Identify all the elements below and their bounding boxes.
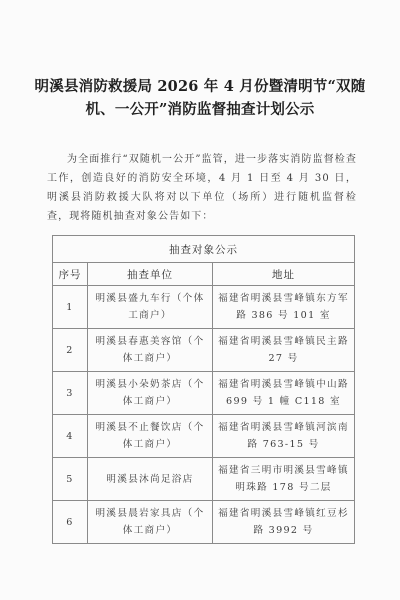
row-unit: 明溪县春惠美容馆（个体工商户） — [88, 329, 213, 372]
header-unit: 抽查单位 — [88, 263, 213, 286]
table-row: 6 明溪县晨岩家具店（个体工商户） 福建省明溪县雪峰镇红豆杉路 3992 号 — [53, 501, 355, 544]
row-unit: 明溪县不止餐饮店（个体工商户） — [88, 415, 213, 458]
row-unit: 明溪县晨岩家具店（个体工商户） — [88, 501, 213, 544]
header-no: 序号 — [53, 263, 88, 286]
row-no: 4 — [53, 415, 88, 458]
row-unit: 明溪县盛九车行（个体工商户） — [88, 286, 213, 329]
table-header-row: 序号 抽查单位 地址 — [53, 263, 355, 286]
row-address: 福建省明溪县雪峰镇中山路 699 号 1 幢 C118 室 — [213, 372, 355, 415]
row-no: 1 — [53, 286, 88, 329]
table-caption: 抽查对象公示 — [53, 236, 355, 263]
table-row: 5 明溪县沐尚足浴店 福建省三明市明溪县雪峰镇明珠路 178 号二层 — [53, 458, 355, 501]
row-unit: 明溪县小朵奶茶店（个体工商户） — [88, 372, 213, 415]
row-address: 福建省明溪县雪峰镇红豆杉路 3992 号 — [213, 501, 355, 544]
intro-paragraph: 为全面推行“双随机一公开”监管，进一步落实消防监督检查工作，创造良好的消防安全环… — [47, 150, 357, 226]
row-address: 福建省明溪县雪峰镇东方军路 386 号 101 室 — [213, 286, 355, 329]
row-unit: 明溪县沐尚足浴店 — [88, 458, 213, 501]
row-no: 6 — [53, 501, 88, 544]
inspection-table: 抽查对象公示 序号 抽查单位 地址 1 明溪县盛九车行（个体工商户） 福建省明溪… — [52, 235, 355, 544]
row-no: 3 — [53, 372, 88, 415]
row-no: 2 — [53, 329, 88, 372]
row-no: 5 — [53, 458, 88, 501]
header-address: 地址 — [213, 263, 355, 286]
table-row: 4 明溪县不止餐饮店（个体工商户） 福建省明溪县雪峰镇河滨南路 763-15 号 — [53, 415, 355, 458]
document-title: 明溪县消防救援局 2026 年 4 月份暨清明节“双随机、一公开”消防监督抽查计… — [20, 75, 380, 121]
row-address: 福建省明溪县雪峰镇河滨南路 763-15 号 — [213, 415, 355, 458]
row-address: 福建省三明市明溪县雪峰镇明珠路 178 号二层 — [213, 458, 355, 501]
table-row: 1 明溪县盛九车行（个体工商户） 福建省明溪县雪峰镇东方军路 386 号 101… — [53, 286, 355, 329]
row-address: 福建省明溪县雪峰镇民主路 27 号 — [213, 329, 355, 372]
table-row: 2 明溪县春惠美容馆（个体工商户） 福建省明溪县雪峰镇民主路 27 号 — [53, 329, 355, 372]
table-caption-row: 抽查对象公示 — [53, 236, 355, 263]
table-row: 3 明溪县小朵奶茶店（个体工商户） 福建省明溪县雪峰镇中山路 699 号 1 幢… — [53, 372, 355, 415]
